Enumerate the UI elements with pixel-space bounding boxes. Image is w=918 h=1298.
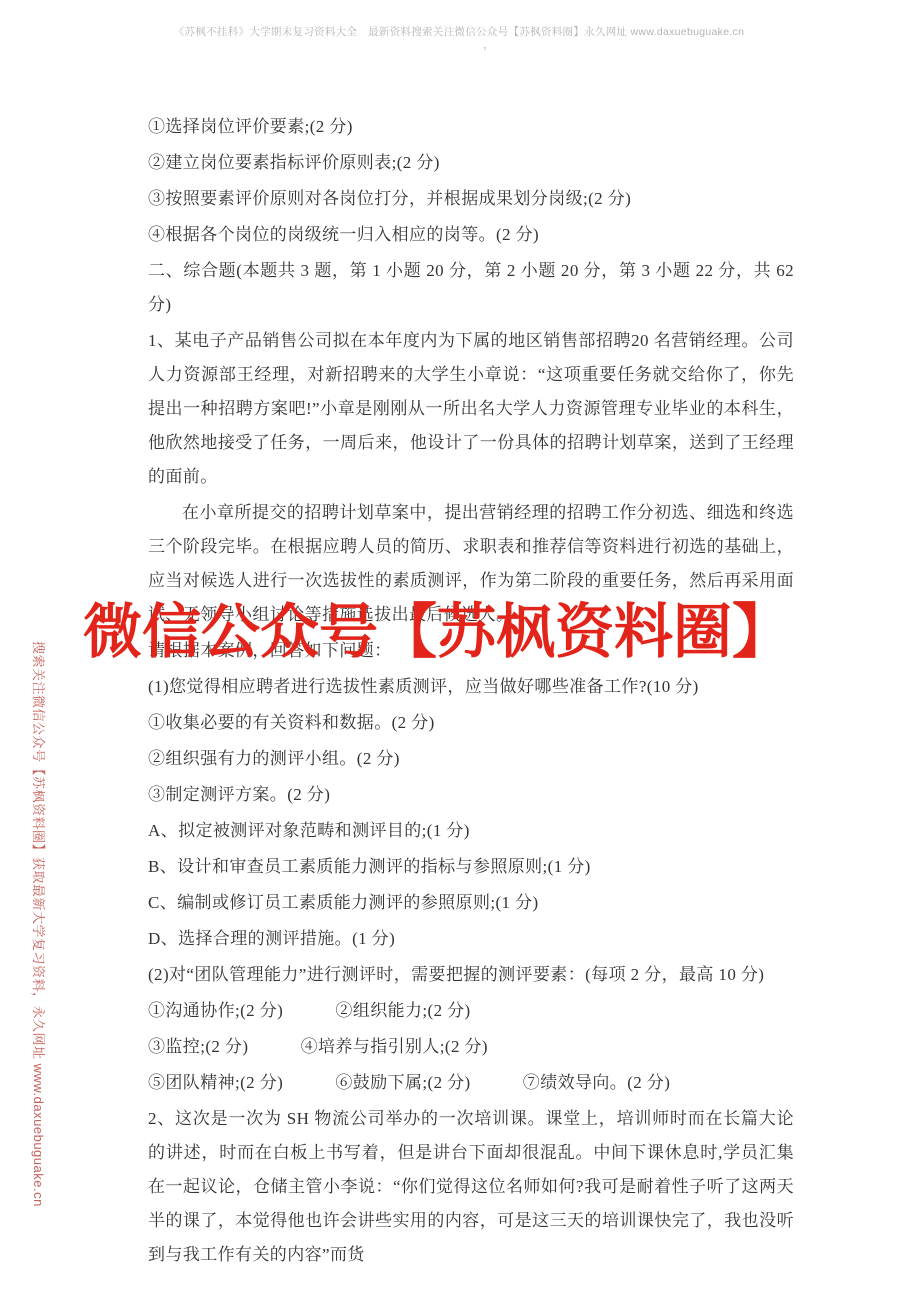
watermark-vertical: 搜索关注微信公众号【苏枫资料圈】获取最新大学复习资料，永久网址 www.daxu… [30,641,49,1207]
paragraph: ③制定测评方案。(2 分) [148,778,794,812]
paragraph: ②建立岗位要素指标评价原则表;(2 分) [148,146,794,180]
document-page: 《苏枫不挂科》大学期末复习资料大全 最新资料搜索关注微信公众号【苏枫资料圈】永久… [0,0,918,1298]
paragraph: ④根据各个岗位的岗级统一归入相应的岗等。(2 分) [148,218,794,252]
paragraph: ③按照要素评价原则对各岗位打分，并根据成果划分岗级;(2 分) [148,182,794,216]
paragraph: ②组织强有力的测评小组。(2 分) [148,742,794,776]
paragraph: ①沟通协作;(2 分) ②组织能力;(2 分) [148,994,794,1028]
paragraph: ①选择岗位评价要素;(2 分) [148,110,794,144]
paragraph: D、选择合理的测评措施。(1 分) [148,922,794,956]
header-stray-comma: ， [483,36,494,52]
paragraph: C、编制或修订员工素质能力测评的参照原则;(1 分) [148,886,794,920]
paragraph: 1、某电子产品销售公司拟在本年度内为下属的地区销售部招聘20 名营销经理。公司人… [148,324,794,494]
paragraph: ①收集必要的有关资料和数据。(2 分) [148,706,794,740]
paragraph: ⑤团队精神;(2 分) ⑥鼓励下属;(2 分) ⑦绩效导向。(2 分) [148,1066,794,1100]
header-note: 《苏枫不挂科》大学期末复习资料大全 最新资料搜索关注微信公众号【苏枫资料圈】永久… [0,24,918,39]
document-body: ①选择岗位评价要素;(2 分)②建立岗位要素指标评价原则表;(2 分)③按照要素… [148,110,794,1274]
paragraph: (1)您觉得相应聘者进行选拔性素质测评，应当做好哪些准备工作?(10 分) [148,670,794,704]
paragraph: ③监控;(2 分) ④培养与指引别人;(2 分) [148,1030,794,1064]
watermark-horizontal: 微信公众号【苏枫资料圈】 [83,603,791,662]
paragraph: B、设计和审查员工素质能力测评的指标与参照原则;(1 分) [148,850,794,884]
paragraph: 二、综合题(本题共 3 题，第 1 小题 20 分，第 2 小题 20 分，第 … [148,254,794,322]
paragraph: 2、这次是一次为 SH 物流公司举办的一次培训课。课堂上，培训师时而在长篇大论的… [148,1102,794,1272]
paragraph: A、拟定被测评对象范畴和测评目的;(1 分) [148,814,794,848]
paragraph: (2)对“团队管理能力”进行测评时，需要把握的测评要素：(每项 2 分，最高 1… [148,958,794,992]
